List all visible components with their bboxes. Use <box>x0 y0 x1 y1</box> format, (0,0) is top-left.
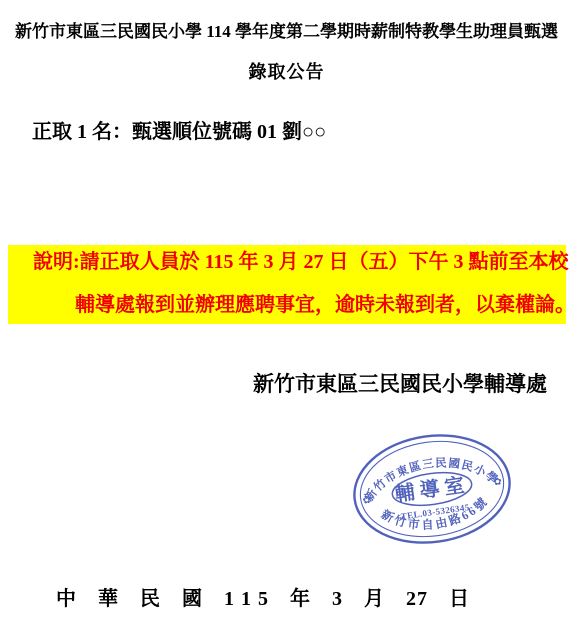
stamp-flower-right-icon: ✿ <box>493 476 503 488</box>
department-signature: 新竹市東區三民國民小學輔導處 <box>0 368 547 398</box>
stamp-flower-left-icon: ✿ <box>362 495 372 507</box>
note-line-1: 說明:請正取人員於 115 年 3 月 27 日（五）下午 3 點前至本校 <box>33 250 566 274</box>
office-stamp-seal: 新竹市東區三民國民小學 新竹市自由路66號 輔導室 TEL.03-5326345… <box>343 422 521 556</box>
announcement-page: 新竹市東區三民國民小學 114 學年度第二學期時薪制特教學生助理員甄選 錄取公告… <box>0 0 573 625</box>
office-stamp: 新竹市東區三民國民小學 新竹市自由路66號 輔導室 TEL.03-5326345… <box>343 422 521 556</box>
note-line-2: 輔導處報到並辦理應聘事宜，逾時未報到者，以棄權論。 <box>75 293 566 317</box>
roc-date-line: 中 華 民 國 1 1 5 年 3 月 27 日 <box>56 582 470 611</box>
page-title-line1: 新竹市東區三民國民小學 114 學年度第二學期時薪制特教學生助理員甄選 <box>0 17 573 42</box>
note-highlight-block: 說明:請正取人員於 115 年 3 月 27 日（五）下午 3 點前至本校 輔導… <box>8 245 566 324</box>
page-title-line2: 錄取公告 <box>0 58 573 84</box>
admission-result-line: 正取 1 名：甄選順位號碼 01 劉○○ <box>32 115 326 144</box>
